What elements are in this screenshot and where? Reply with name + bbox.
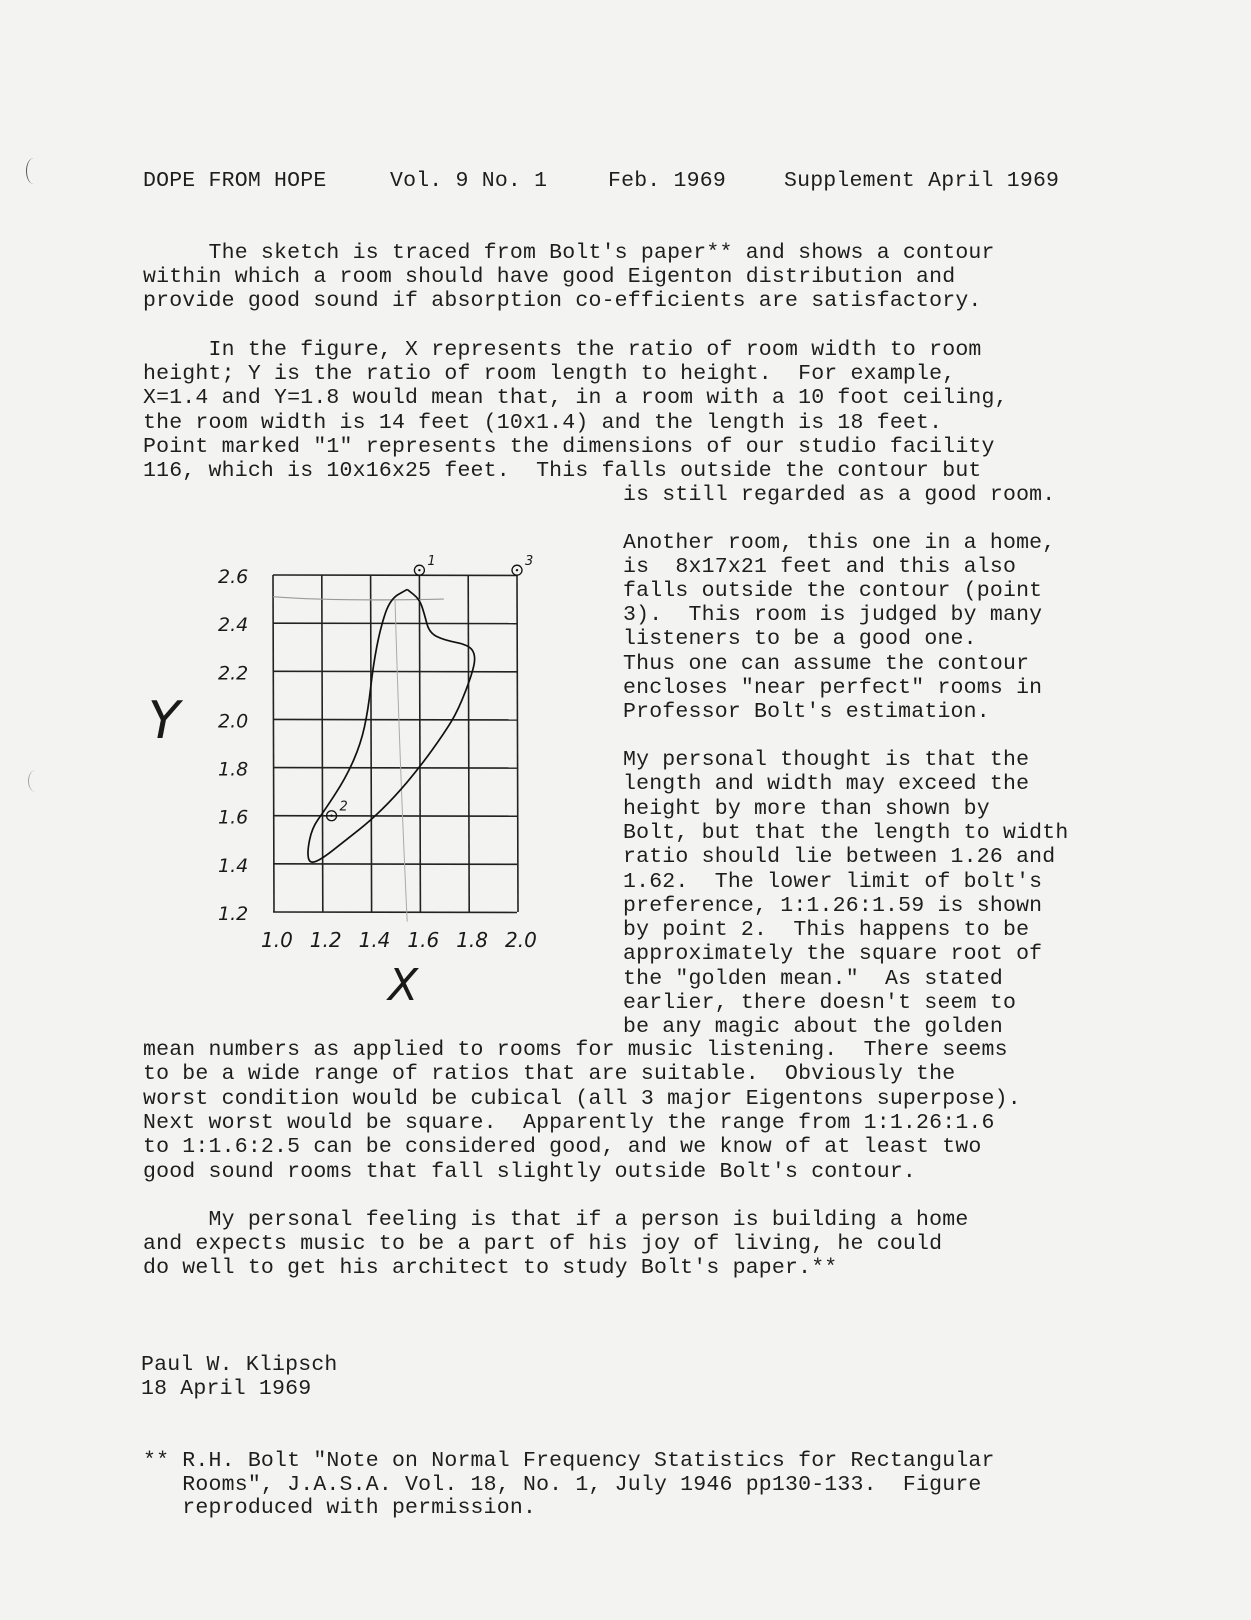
text-line: mean numbers as applied to rooms for mus… [143, 1038, 1008, 1062]
room-point-dot [330, 815, 332, 817]
text-line: Rooms", J.A.S.A. Vol. 18, No. 1, July 19… [143, 1473, 982, 1497]
text-line: falls outside the contour (point [623, 579, 1042, 603]
grid-line-horizontal [273, 864, 517, 865]
text-line: In the figure, X represents the ratio of… [143, 338, 982, 362]
y-tick-label: 2.6 [218, 566, 248, 588]
header-volume: Vol. 9 No. 1 [390, 169, 547, 193]
text-line: to 1:1.6:2.5 can be considered good, and… [143, 1135, 982, 1159]
document-page: DOPE FROM HOPE Vol. 9 No. 1 Feb. 1969 Su… [0, 0, 1251, 1620]
text-line: is 8x17x21 feet and this also [623, 555, 1016, 579]
header-publication: DOPE FROM HOPE [143, 169, 326, 193]
grid-line-horizontal [273, 768, 517, 769]
text-line: X=1.4 and Y=1.8 would mean that, in a ro… [143, 386, 1008, 410]
text-line: be any magic about the golden [623, 1015, 1003, 1039]
pencil-trace [395, 599, 407, 922]
text-line: 1.62. The lower limit of bolt's [623, 870, 1042, 894]
text-line: good sound rooms that fall slightly outs… [143, 1160, 916, 1184]
room-point-label: 1 [427, 554, 435, 569]
text-line: the "golden mean." As stated [623, 967, 1003, 991]
text-line: Thus one can assume the contour [623, 652, 1029, 676]
y-tick-label: 2.0 [218, 710, 248, 732]
text-line: My personal thought is that the [623, 748, 1029, 772]
y-axis-label: Y [148, 691, 184, 751]
y-tick-label: 1.4 [218, 855, 248, 877]
text-line: 3). This room is judged by many [623, 603, 1042, 627]
y-tick-label: 2.2 [218, 662, 248, 684]
y-tick-label: 1.6 [218, 807, 248, 829]
text-line: encloses "near perfect" rooms in [623, 676, 1042, 700]
text-line: reproduced with permission. [143, 1496, 536, 1520]
x-tick-label: 1.0 [261, 928, 293, 952]
margin-mark [28, 770, 43, 792]
signature-date: 18 April 1969 [141, 1377, 311, 1401]
text-line: earlier, there doesn't seem to [623, 991, 1016, 1015]
grid-line-vertical [517, 575, 518, 912]
text-line: do well to get his architect to study Bo… [143, 1256, 837, 1280]
text-line: ratio should lie between 1.26 and [623, 845, 1055, 869]
text-line: by point 2. This happens to be [623, 918, 1029, 942]
text-line: and expects music to be a part of his jo… [143, 1232, 942, 1256]
text-line: provide good sound if absorption co-effi… [143, 289, 982, 313]
text-line: Next worst would be square. Apparently t… [143, 1111, 995, 1135]
y-tick-label: 2.4 [218, 614, 248, 636]
text-line: Professor Bolt's estimation. [623, 700, 990, 724]
text-line: approximately the square root of [623, 942, 1042, 966]
text-line: preference, 1:1.26:1.59 is shown [623, 894, 1042, 918]
grid-line-horizontal [273, 671, 517, 672]
room-point-label: 2 [340, 800, 348, 815]
grid-line-vertical [468, 575, 469, 912]
text-line: Bolt, but that the length to width [623, 821, 1068, 845]
text-line: within which a room should have good Eig… [143, 265, 955, 289]
text-line: 116, which is 10x16x25 feet. This falls … [143, 459, 982, 483]
text-line: height by more than shown by [623, 797, 990, 821]
y-tick-label: 1.2 [218, 903, 248, 925]
text-line: worst condition would be cubical (all 3 … [143, 1087, 1021, 1111]
y-tick-label: 1.8 [218, 759, 248, 781]
signature-name: Paul W. Klipsch [141, 1353, 338, 1377]
x-tick-label: 1.2 [310, 928, 342, 952]
contour-line [308, 589, 475, 862]
grid-line-horizontal [273, 575, 517, 576]
text-line: to be a wide range of ratios that are su… [143, 1062, 955, 1086]
text-line: length and width may exceed the [623, 772, 1029, 796]
x-tick-label: 2.0 [505, 928, 537, 952]
grid-line-horizontal [273, 719, 517, 720]
text-line: Another room, this one in a home, [623, 531, 1055, 555]
x-tick-label: 1.6 [407, 928, 439, 952]
text-line: height; Y is the ratio of room length to… [143, 362, 955, 386]
text-line: ** R.H. Bolt "Note on Normal Frequency S… [143, 1449, 995, 1473]
header-date: Feb. 1969 [608, 169, 726, 193]
contour-sketch: 1232.62.42.22.01.81.61.41.21.01.21.41.61… [140, 560, 580, 1040]
grid-line-vertical [322, 575, 323, 912]
room-point-dot [418, 569, 420, 571]
text-line: listeners to be a good one. [623, 627, 977, 651]
text-line: Point marked "1" represents the dimensio… [143, 435, 995, 459]
text-line: the room width is 14 feet (10x1.4) and t… [143, 411, 942, 435]
margin-mark [26, 158, 41, 184]
text-line: My personal feeling is that if a person … [143, 1208, 968, 1232]
grid-line-horizontal [273, 912, 517, 913]
room-ratio-chart: 1232.62.42.22.01.81.61.41.21.01.21.41.61… [140, 560, 580, 1040]
grid-line-horizontal [273, 623, 517, 624]
x-axis-label: X [386, 960, 419, 1011]
x-tick-label: 1.4 [359, 928, 391, 952]
x-tick-label: 1.8 [456, 928, 488, 952]
grid-line-vertical [371, 575, 372, 912]
text-line: The sketch is traced from Bolt's paper**… [143, 241, 995, 265]
grid-line-vertical [419, 575, 420, 912]
grid-line-horizontal [273, 816, 517, 817]
grid-line-vertical [273, 575, 274, 912]
header-supplement: Supplement April 1969 [784, 169, 1059, 193]
room-point-label: 3 [525, 554, 533, 569]
room-point-dot [516, 569, 518, 571]
text-line: is still regarded as a good room. [623, 483, 1055, 507]
